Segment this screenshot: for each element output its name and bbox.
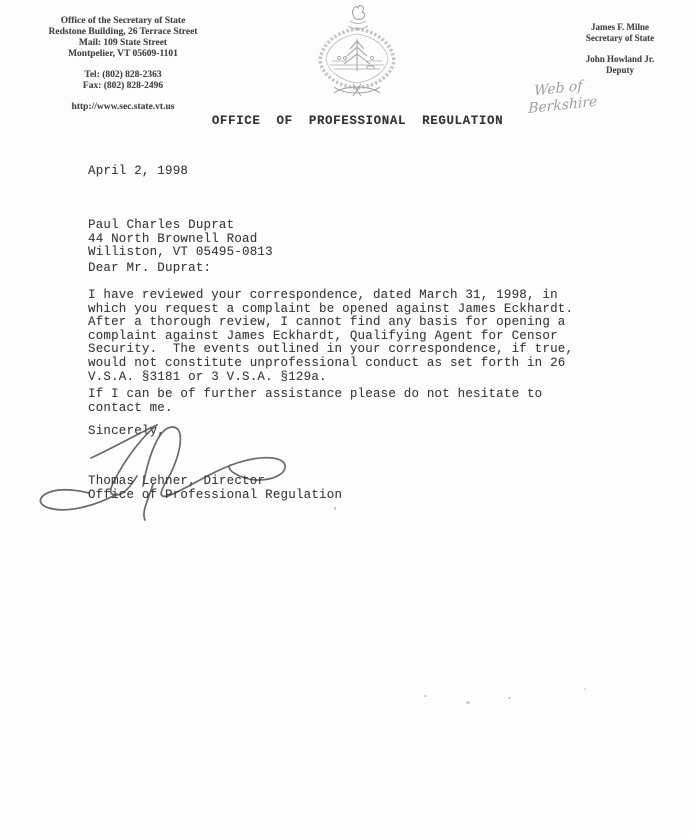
letterhead-officials-block: James F. Milne Secretary of State John H… <box>558 22 682 75</box>
deputy-block: John Howland Jr. Deputy <box>558 54 682 75</box>
agency-url: http://www.sec.state.vt.us <box>14 102 232 113</box>
deputy-title: Deputy <box>558 65 682 76</box>
office-title: OFFICE OF PROFESSIONAL REGULATION <box>185 114 530 128</box>
secretary-name: James F. Milne <box>558 22 682 33</box>
scan-speck <box>466 701 470 704</box>
letterhead-agency-block: Office of the Secretary of State Redston… <box>14 16 232 113</box>
deputy-name: John Howland Jr. <box>558 54 682 65</box>
secretary-title: Secretary of State <box>558 33 682 44</box>
agency-phone: Tel: (802) 828-2363 Fax: (802) 828-2496 <box>14 70 232 92</box>
agency-line: Mail: 109 State Street <box>14 38 232 49</box>
scanned-letter-page: Office of the Secretary of State Redston… <box>0 0 690 834</box>
salutation: Dear Mr. Duprat: <box>88 262 211 276</box>
letter-date: April 2, 1998 <box>88 165 188 179</box>
scan-speck <box>334 507 336 510</box>
body-paragraph: If I can be of further assistance please… <box>88 388 542 415</box>
signature-block: Thomas Lehner, Director Office of Profes… <box>88 475 342 502</box>
agency-line: Office of the Secretary of State <box>14 16 232 27</box>
agency-line: Montpelier, VT 05609-1101 <box>14 49 232 60</box>
body-paragraph: I have reviewed your correspondence, dat… <box>88 289 573 384</box>
tel-line: Tel: (802) 828-2363 <box>14 70 232 81</box>
scan-speck <box>508 697 511 699</box>
agency-line: Redstone Building, 26 Terrace Street <box>14 27 232 38</box>
scan-speck <box>584 688 586 690</box>
scan-speck <box>424 695 427 697</box>
secretary-block: James F. Milne Secretary of State <box>558 22 682 43</box>
agency-address: Office of the Secretary of State Redston… <box>14 16 232 60</box>
fax-line: Fax: (802) 828-2496 <box>14 81 232 92</box>
vermont-state-seal-icon <box>312 3 402 104</box>
recipient-address: Paul Charles Duprat 44 North Brownell Ro… <box>88 219 273 260</box>
handwritten-note: Web of Berkshire <box>534 77 597 118</box>
